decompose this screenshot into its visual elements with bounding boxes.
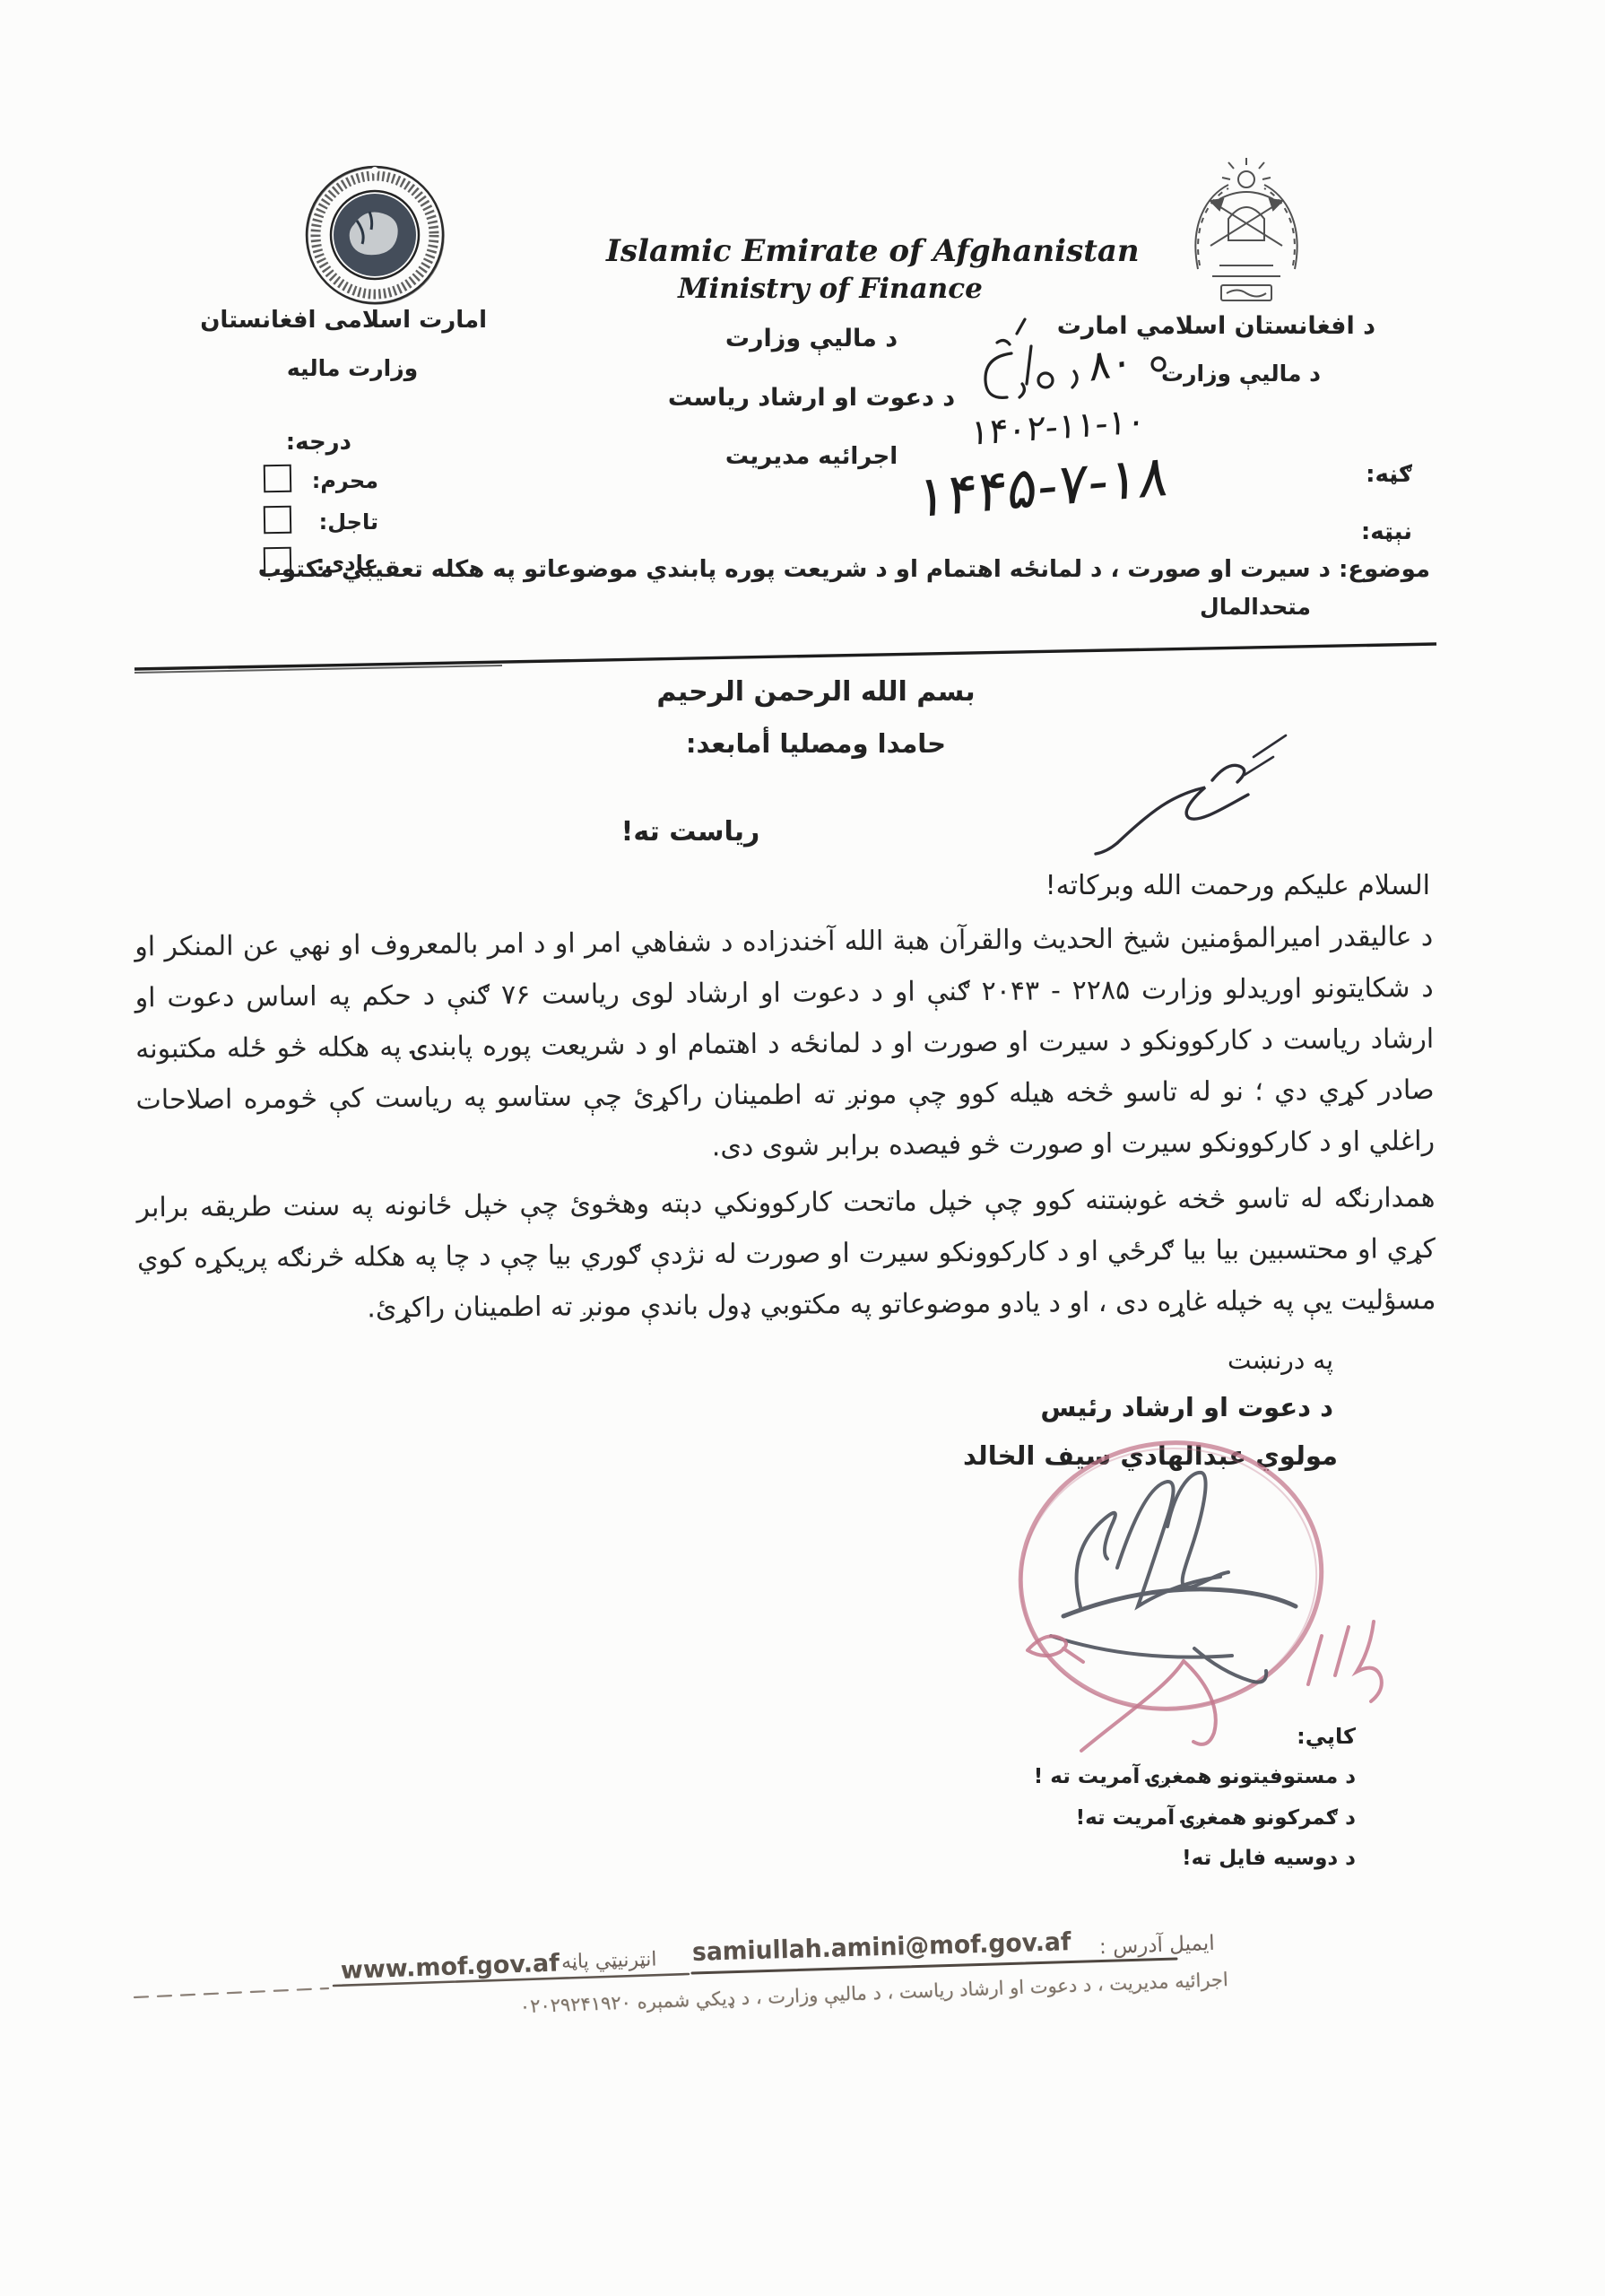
left-emirate-name: امارت اسلامی افغانستان [218, 307, 487, 334]
body-paragraph-2: همدارنګه له تاسو څخه غوښتنه کوو چې خپل م… [136, 1172, 1436, 1335]
handwritten-date-shamsi: ۱۴۰۲-۱۱-۱۰ [969, 401, 1147, 454]
ministry-seal-icon [307, 167, 444, 304]
salutation-line: السلام علیکم ورحمت الله وبرکاته! [1045, 870, 1430, 901]
footer-email-label: ایمیل آدرس : [1099, 1932, 1215, 1959]
copies-label: کاپي: [1297, 1724, 1356, 1749]
circular-note: متحدالمال [1200, 594, 1311, 620]
footer-email-value: samiullah.amini@mof.gov.af [692, 1926, 1071, 1967]
addressee-line: ریاست ته! [574, 816, 807, 848]
national-emblem-icon [1195, 158, 1297, 300]
subject-line: موضوع: د سیرت او صورت ، د لمانځه اهتمام … [377, 556, 1430, 583]
separator-line [134, 644, 1436, 673]
footer-website-value: www.mof.gov.af [340, 1949, 560, 1984]
copies-item-dossier: د دوسیه فایل ته! [1182, 1847, 1356, 1870]
right-ministry-name: د مالیې وزارت [1151, 361, 1331, 387]
handwritten-ref-number: ۸۰ [1088, 335, 1134, 391]
hamd-line: حامدا ومصلیا أمابعد: [592, 728, 1040, 759]
english-title-line2: Ministry of Finance [606, 273, 1054, 305]
right-emirate-name: د افغانستان اسلامي امارت [1106, 312, 1375, 340]
signer-name: مولوي عبدالهادي سیف الخالد [963, 1440, 1338, 1471]
footer-website-label: انټرنیټي پاڼه [561, 1949, 657, 1974]
left-ministry-name: وزارت مالیه [263, 355, 442, 381]
classification-label: درجه: [251, 429, 351, 456]
center-directorate-name: د دعوت او ارشاد ریاست [632, 384, 991, 412]
letter-body: د عالیقدر امیرالمؤمنین شیخ الحدیث والقرآ… [134, 911, 1436, 1341]
copies-item-mustufiat: د مستوفیتونو همغږۍ آمریت ته ! [1034, 1765, 1356, 1788]
classification-option-confidential: محرم: [296, 468, 378, 493]
body-paragraph-1: د عالیقدر امیرالمؤمنین شیخ الحدیث والقرآ… [134, 911, 1435, 1177]
english-title-line1: Islamic Emirate of Afghanistan [606, 233, 1054, 269]
copies-item-customs: د ګمرکونو همغږۍ آمریت ته! [1076, 1806, 1356, 1830]
checkbox-urgent [264, 506, 292, 535]
center-ministry-name: د مالیې وزارت [632, 325, 991, 352]
closing-respect: په درنښت [1228, 1345, 1333, 1375]
footer-address-line: اجرائیه مدیریت ، د دعوت او ارشاد ریاست ،… [529, 1969, 1228, 2017]
classification-option-urgent: تاجل: [296, 509, 378, 535]
signer-title: د دعوت او ارشاد رئیس [1040, 1392, 1333, 1422]
checkbox-confidential [264, 465, 292, 493]
letter-date-label: نېټه: [1361, 518, 1412, 545]
handwritten-note-scribble [1096, 735, 1286, 854]
signature-scribble-icon [1051, 1473, 1296, 1683]
scanned-letter-page: Islamic Emirate of Afghanistan Ministry … [0, 0, 1605, 2296]
letter-number-label: ګڼه: [1366, 461, 1412, 488]
bismillah: بسم الله الرحمن الرحیم [592, 676, 1040, 708]
